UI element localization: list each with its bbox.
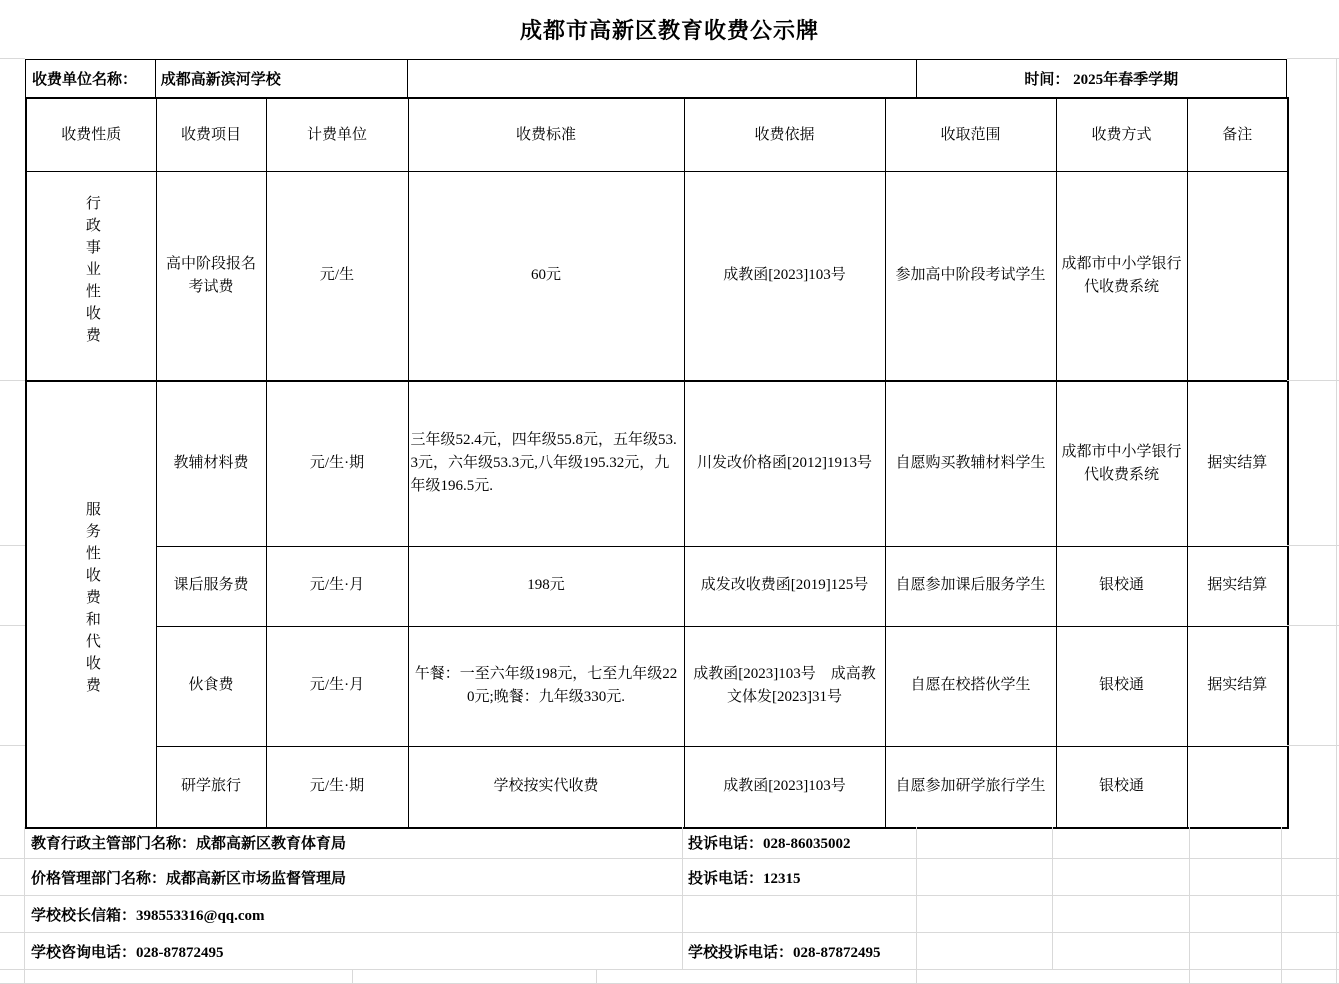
empty-cell: [25, 970, 353, 983]
empty-cell: [1282, 933, 1339, 969]
empty-cell: [917, 970, 1190, 983]
gridline: [0, 380, 25, 381]
empty-cell: [1190, 827, 1282, 858]
info-spacer: [408, 60, 916, 97]
footer-row: 价格管理部门名称：成都高新区市场监督管理局 投诉电话：12315: [0, 859, 1339, 896]
margin-cell: [0, 896, 25, 932]
cell-standard: 三年级52.4元，四年级55.8元，五年级53.3元，六年级53.3元,八年级1…: [408, 381, 684, 546]
cell-scope: 自愿参加研学旅行学生: [885, 746, 1056, 828]
cell-note: 据实结算: [1187, 381, 1288, 546]
gridline: [1287, 745, 1339, 746]
cell-method: 成都市中小学银行代收费系统: [1056, 171, 1187, 381]
cell-project: 教辅材料费: [156, 381, 266, 546]
cell-note: 据实结算: [1187, 626, 1288, 746]
table-row: 伙食费 元/生·月 午餐：一至六年级198元，七至九年级220元;晚餐：九年级3…: [26, 626, 1288, 746]
page-title: 成都市高新区教育收费公示牌: [0, 0, 1339, 59]
margin-cell: [0, 859, 25, 895]
cell-note: [1187, 171, 1288, 381]
cell-project: 伙食费: [156, 626, 266, 746]
cell-project: 高中阶段报名考试费: [156, 171, 266, 381]
footer-right-text: 学校投诉电话：028-87872495: [683, 933, 917, 969]
gridline: [0, 625, 25, 626]
cell-scope: 自愿参加课后服务学生: [885, 546, 1056, 626]
cell-scope: 自愿购买教辅材料学生: [885, 381, 1056, 546]
cell-unit: 元/生·期: [266, 381, 408, 546]
empty-cell: [917, 859, 1053, 895]
empty-cell: [917, 896, 1053, 932]
cell-basis: 成教函[2023]103号 成高教文体发[2023]31号: [684, 626, 885, 746]
empty-cell: [1282, 859, 1339, 895]
column-header-basis: 收费依据: [684, 98, 885, 171]
gridline: [0, 745, 25, 746]
footer-partial-row: [0, 970, 1339, 984]
cell-standard: 60元: [408, 171, 684, 381]
footer-right-text: 投诉电话：12315: [683, 859, 917, 895]
empty-cell: [1282, 827, 1339, 858]
cell-standard: 午餐：一至六年级198元，七至九年级220元;晚餐：九年级330元.: [408, 626, 684, 746]
gridline: [0, 545, 25, 546]
column-header-scope: 收取范围: [885, 98, 1056, 171]
empty-cell: [1190, 933, 1282, 969]
cell-scope: 参加高中阶段考试学生: [885, 171, 1056, 381]
footer-left-text: 教育行政主管部门名称：成都高新区教育体育局: [25, 827, 683, 858]
cell-basis: 成发改收费函[2019]125号: [684, 546, 885, 626]
gridline: [1287, 58, 1339, 59]
table-row: 行政事业性收费 高中阶段报名考试费 元/生 60元 成教函[2023]103号 …: [26, 171, 1288, 381]
fee-unit-value: 成都高新滨河学校: [156, 60, 409, 97]
cell-method: 银校通: [1056, 626, 1187, 746]
footer-row: 学校校长信箱：398553316@qq.com: [0, 896, 1339, 933]
column-header-method: 收费方式: [1056, 98, 1187, 171]
empty-cell: [1190, 859, 1282, 895]
empty-cell: [1053, 827, 1190, 858]
cell-unit: 元/生·期: [266, 746, 408, 828]
cell-method: 银校通: [1056, 746, 1187, 828]
margin-cell: [0, 933, 25, 969]
cell-unit: 元/生·月: [266, 546, 408, 626]
cell-note: [1187, 746, 1288, 828]
cell-unit: 元/生·月: [266, 626, 408, 746]
info-bar: 收费单位名称： 成都高新滨河学校 时间： 2025年春季学期: [25, 59, 1287, 97]
footer-left-text: 学校咨询电话：028-87872495: [25, 933, 683, 969]
empty-cell: [1190, 896, 1282, 932]
margin-cell: [0, 827, 25, 858]
table-row: 课后服务费 元/生·月 198元 成发改收费函[2019]125号 自愿参加课后…: [26, 546, 1288, 626]
empty-cell: [1053, 896, 1190, 932]
empty-cell: [1282, 970, 1339, 983]
column-header-nature: 收费性质: [26, 98, 156, 171]
empty-cell: [1053, 933, 1190, 969]
column-header-note: 备注: [1187, 98, 1288, 171]
footer-right-text: 投诉电话：028-86035002: [683, 827, 917, 858]
gridline: [1336, 58, 1337, 984]
column-header-unit: 计费单位: [266, 98, 408, 171]
empty-cell: [597, 970, 917, 983]
cell-basis: 成教函[2023]103号: [684, 746, 885, 828]
empty-cell: [1053, 859, 1190, 895]
gridline: [1287, 380, 1339, 381]
cell-scope: 自愿在校搭伙学生: [885, 626, 1056, 746]
fee-table: 收费性质 收费项目 计费单位 收费标准 收费依据 收取范围 收费方式 备注 行政…: [25, 97, 1289, 829]
footer: 教育行政主管部门名称：成都高新区教育体育局 投诉电话：028-86035002 …: [0, 827, 1339, 984]
fee-unit-label: 收费单位名称：: [26, 60, 156, 97]
table-row: 研学旅行 元/生·期 学校按实代收费 成教函[2023]103号 自愿参加研学旅…: [26, 746, 1288, 828]
cell-basis: 川发改价格函[2012]1913号: [684, 381, 885, 546]
header-row: 收费性质 收费项目 计费单位 收费标准 收费依据 收取范围 收费方式 备注: [26, 98, 1288, 171]
empty-cell: [353, 970, 597, 983]
cell-unit: 元/生: [266, 171, 408, 381]
empty-cell: [1190, 970, 1282, 983]
empty-cell: [1282, 896, 1339, 932]
footer-row: 学校咨询电话：028-87872495 学校投诉电话：028-87872495: [0, 933, 1339, 970]
table-row: 服务性收费和代收费 教辅材料费 元/生·期 三年级52.4元，四年级55.8元，…: [26, 381, 1288, 546]
category-administrative: 行政事业性收费: [26, 171, 156, 381]
cell-project: 研学旅行: [156, 746, 266, 828]
cell-standard: 198元: [408, 546, 684, 626]
footer-row: 教育行政主管部门名称：成都高新区教育体育局 投诉电话：028-86035002: [0, 827, 1339, 859]
empty-cell: [917, 933, 1053, 969]
term-text: 时间： 2025年春季学期: [917, 60, 1286, 97]
gridline: [1287, 625, 1339, 626]
category-service: 服务性收费和代收费: [26, 381, 156, 828]
cell-note: 据实结算: [1187, 546, 1288, 626]
gridline: [0, 58, 25, 59]
cell-standard: 学校按实代收费: [408, 746, 684, 828]
gridline: [1287, 545, 1339, 546]
margin-cell: [0, 970, 25, 983]
cell-basis: 成教函[2023]103号: [684, 171, 885, 381]
column-header-project: 收费项目: [156, 98, 266, 171]
footer-right-text: [683, 896, 917, 932]
fee-disclosure-sheet: 成都市高新区教育收费公示牌 收费单位名称： 成都高新滨河学校 时间： 2025年…: [0, 0, 1339, 984]
cell-project: 课后服务费: [156, 546, 266, 626]
footer-left-text: 学校校长信箱：398553316@qq.com: [25, 896, 683, 932]
cell-method: 成都市中小学银行代收费系统: [1056, 381, 1187, 546]
cell-method: 银校通: [1056, 546, 1187, 626]
footer-left-text: 价格管理部门名称：成都高新区市场监督管理局: [25, 859, 683, 895]
empty-cell: [917, 827, 1053, 858]
column-header-standard: 收费标准: [408, 98, 684, 171]
